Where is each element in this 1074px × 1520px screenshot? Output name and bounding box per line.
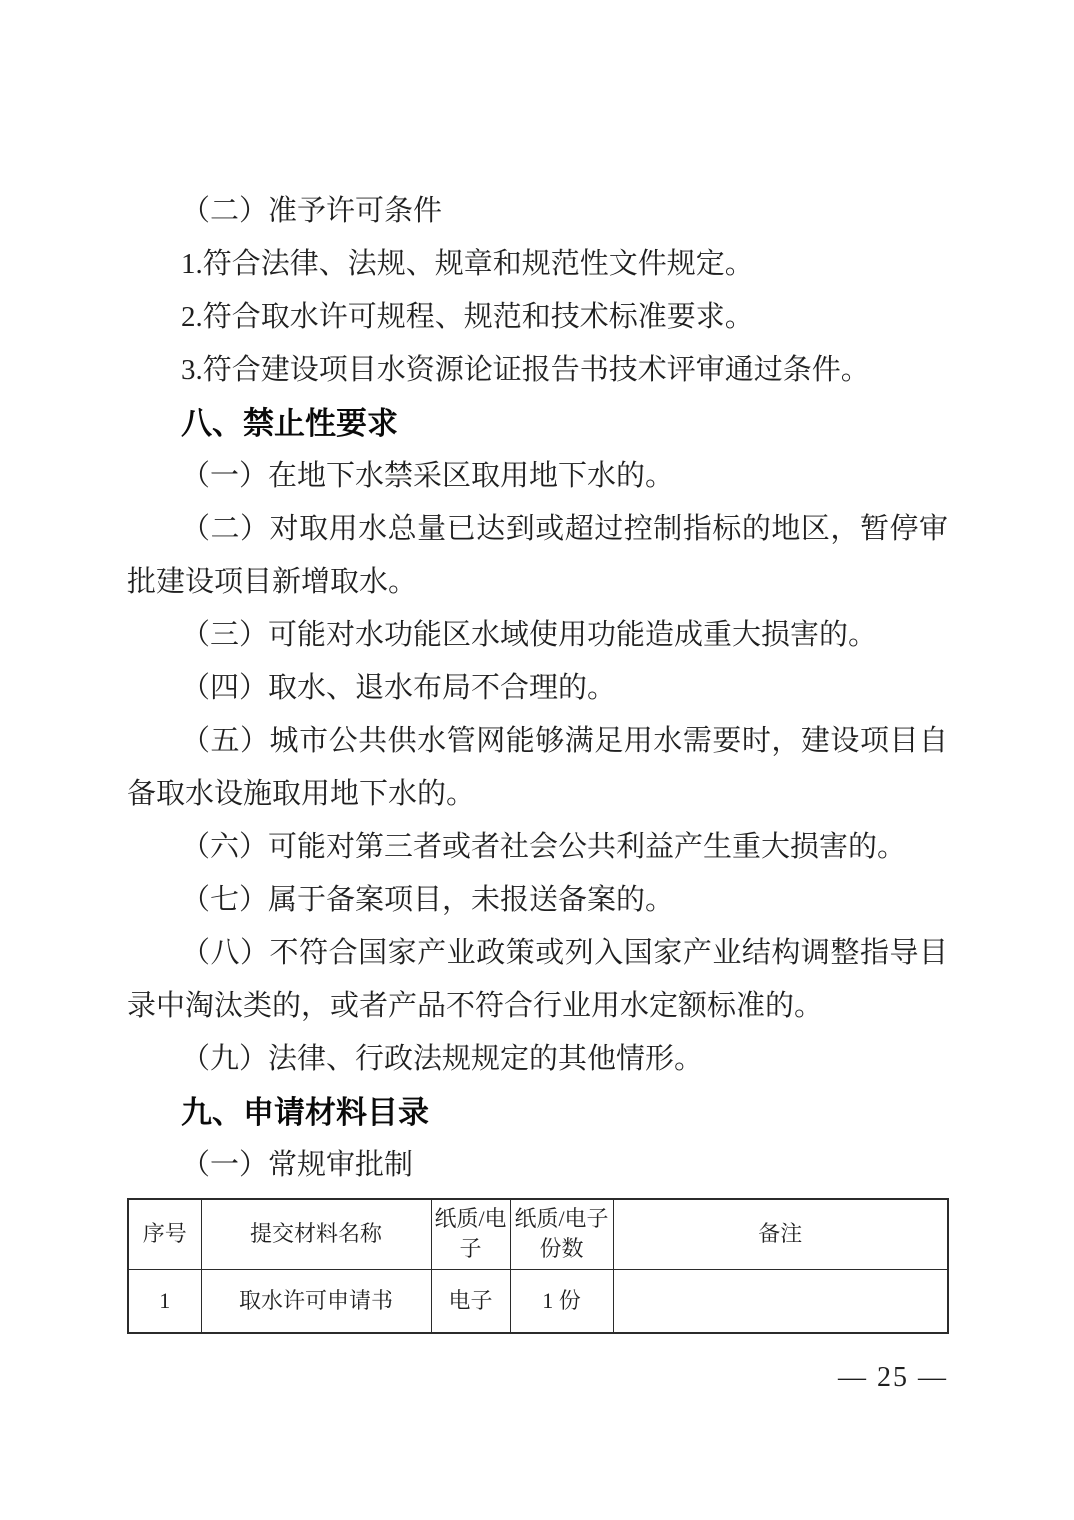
- paragraph: （五）城市公共供水管网能够满足用水需要时，建设项目自备取水设施取用地下水的。: [127, 715, 948, 821]
- paragraph: （四）取水、退水布局不合理的。: [127, 662, 948, 715]
- table-header-cell-material: 提交材料名称: [201, 1199, 431, 1269]
- paragraph: （二）准予许可条件: [127, 185, 948, 238]
- table-header-cell-remarks: 备注: [613, 1199, 948, 1269]
- table-header-cell-medium: 纸质/电子: [431, 1199, 510, 1269]
- table-cell-copies: 1 份: [510, 1269, 613, 1333]
- section-heading-application-materials: 九、申请材料目录: [127, 1086, 948, 1139]
- paragraph: 1.符合法律、法规、规章和规范性文件规定。: [127, 238, 948, 291]
- paragraph: （七）属于备案项目，未报送备案的。: [127, 874, 948, 927]
- table-cell-index: 1: [128, 1269, 201, 1333]
- content-area: （二）准予许可条件 1.符合法律、法规、规章和规范性文件规定。 2.符合取水许可…: [127, 185, 948, 1334]
- paragraph: （九）法律、行政法规规定的其他情形。: [127, 1033, 948, 1086]
- paragraph: （六）可能对第三者或者社会公共利益产生重大损害的。: [127, 821, 948, 874]
- page-number: — 25 —: [838, 1362, 948, 1394]
- table-cell-material: 取水许可申请书: [201, 1269, 431, 1333]
- table-header-cell-index: 序号: [128, 1199, 201, 1269]
- table-cell-medium: 电子: [431, 1269, 510, 1333]
- paragraph: 2.符合取水许可规程、规范和技术标准要求。: [127, 291, 948, 344]
- materials-table: 序号 提交材料名称 纸质/电子 纸质/电子份数 备注 1 取水许可申请书 电子 …: [127, 1198, 949, 1334]
- paragraph: 3.符合建设项目水资源论证报告书技术评审通过条件。: [127, 344, 948, 397]
- table-cell-remarks: [613, 1269, 948, 1333]
- table-row: 1 取水许可申请书 电子 1 份: [128, 1269, 948, 1333]
- paragraph: （一）在地下水禁采区取用地下水的。: [127, 450, 948, 503]
- section-heading-prohibitions: 八、禁止性要求: [127, 397, 948, 450]
- paragraph: （一）常规审批制: [127, 1139, 948, 1192]
- paragraph: （三）可能对水功能区水域使用功能造成重大损害的。: [127, 609, 948, 662]
- table-header-cell-copies: 纸质/电子份数: [510, 1199, 613, 1269]
- table-header-row: 序号 提交材料名称 纸质/电子 纸质/电子份数 备注: [128, 1199, 948, 1269]
- paragraph: （二）对取用水总量已达到或超过控制指标的地区，暂停审批建设项目新增取水。: [127, 503, 948, 609]
- document-page: （二）准予许可条件 1.符合法律、法规、规章和规范性文件规定。 2.符合取水许可…: [0, 0, 1074, 1520]
- paragraph: （八）不符合国家产业政策或列入国家产业结构调整指导目录中淘汰类的，或者产品不符合…: [127, 927, 948, 1033]
